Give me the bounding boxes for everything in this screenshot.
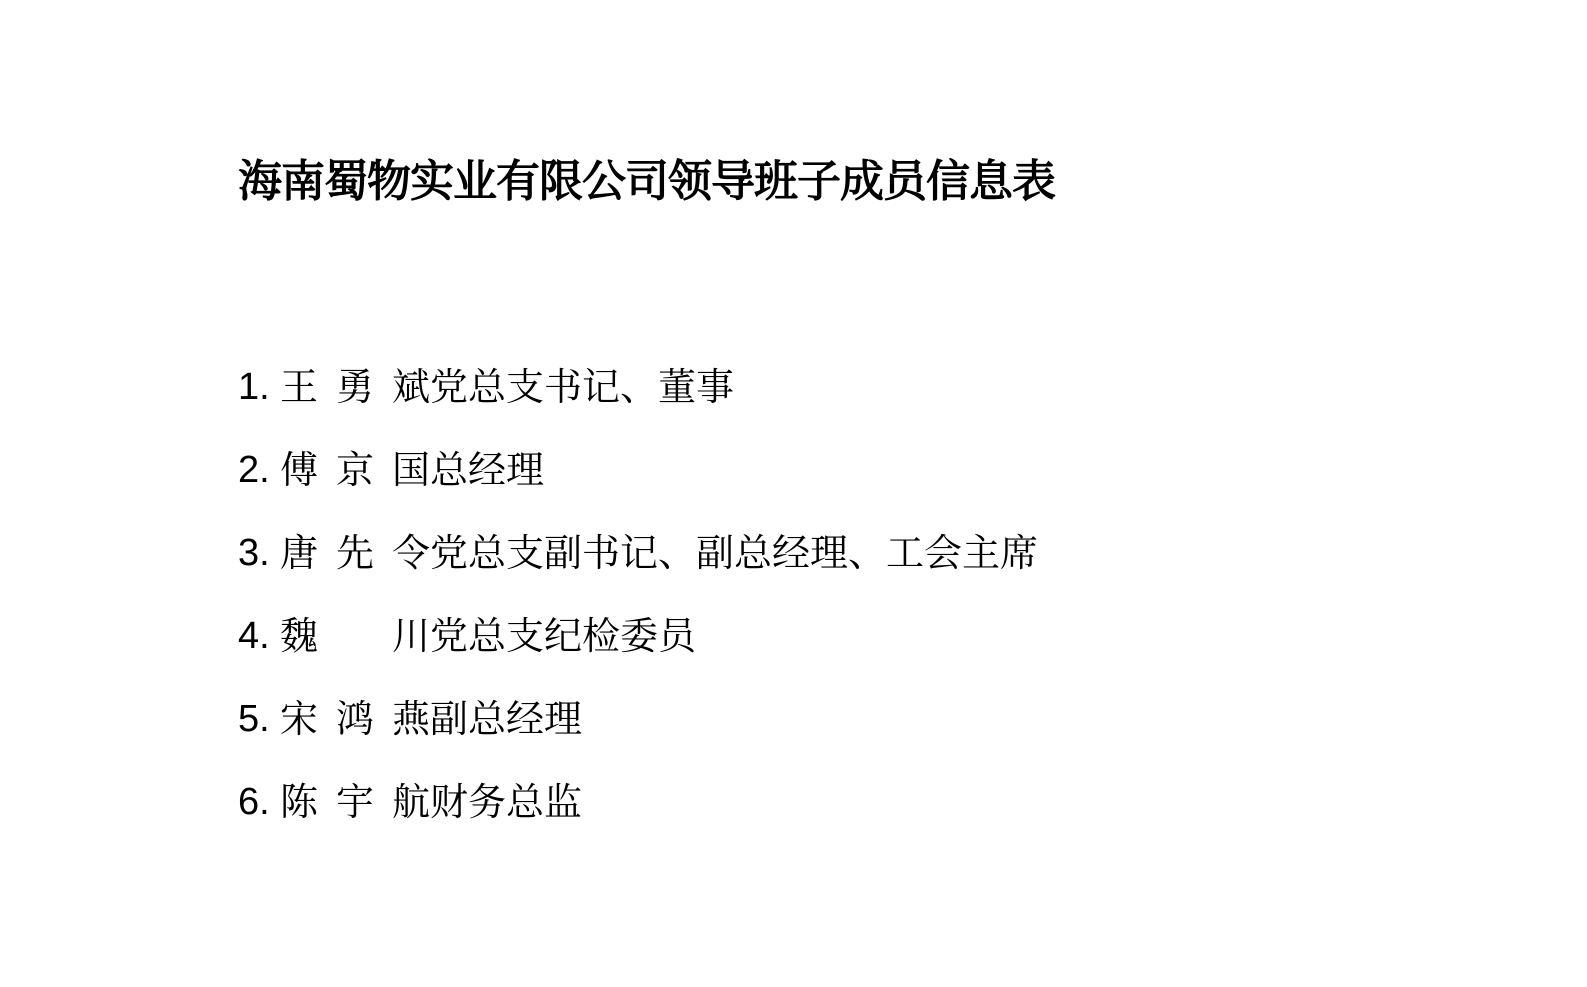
member-role: 财务总监 — [430, 773, 582, 831]
item-number: 6. — [238, 773, 280, 831]
member-role: 党总支纪检委员 — [430, 607, 696, 665]
list-item: 1. 王勇斌 党总支书记、董事 — [238, 358, 1038, 441]
item-number: 1. — [238, 358, 280, 416]
member-role: 总经理 — [430, 441, 544, 499]
list-item: 4. 魏 川 党总支纪检委员 — [238, 607, 1038, 690]
member-role: 副总经理 — [430, 690, 582, 748]
list-item: 3. 唐先令 党总支副书记、副总经理、工会主席 — [238, 524, 1038, 607]
member-name: 傅京国 — [280, 441, 430, 499]
document-title: 海南蜀物实业有限公司领导班子成员信息表 — [238, 152, 1055, 212]
item-number: 5. — [238, 690, 280, 748]
item-number: 4. — [238, 607, 280, 665]
member-name: 陈宇航 — [280, 773, 430, 831]
item-number: 3. — [238, 524, 280, 582]
member-name: 魏 川 — [280, 607, 430, 665]
list-item: 5. 宋鸿燕 副总经理 — [238, 690, 1038, 773]
member-list: 1. 王勇斌 党总支书记、董事 2. 傅京国 总经理 3. 唐先令 党总支副书记… — [238, 358, 1038, 856]
member-name: 宋鸿燕 — [280, 690, 430, 748]
member-name: 唐先令 — [280, 524, 430, 582]
member-name: 王勇斌 — [280, 358, 430, 416]
list-item: 2. 傅京国 总经理 — [238, 441, 1038, 524]
list-item: 6. 陈宇航 财务总监 — [238, 773, 1038, 856]
member-role: 党总支书记、董事 — [430, 358, 734, 416]
item-number: 2. — [238, 441, 280, 499]
member-role: 党总支副书记、副总经理、工会主席 — [430, 524, 1038, 582]
